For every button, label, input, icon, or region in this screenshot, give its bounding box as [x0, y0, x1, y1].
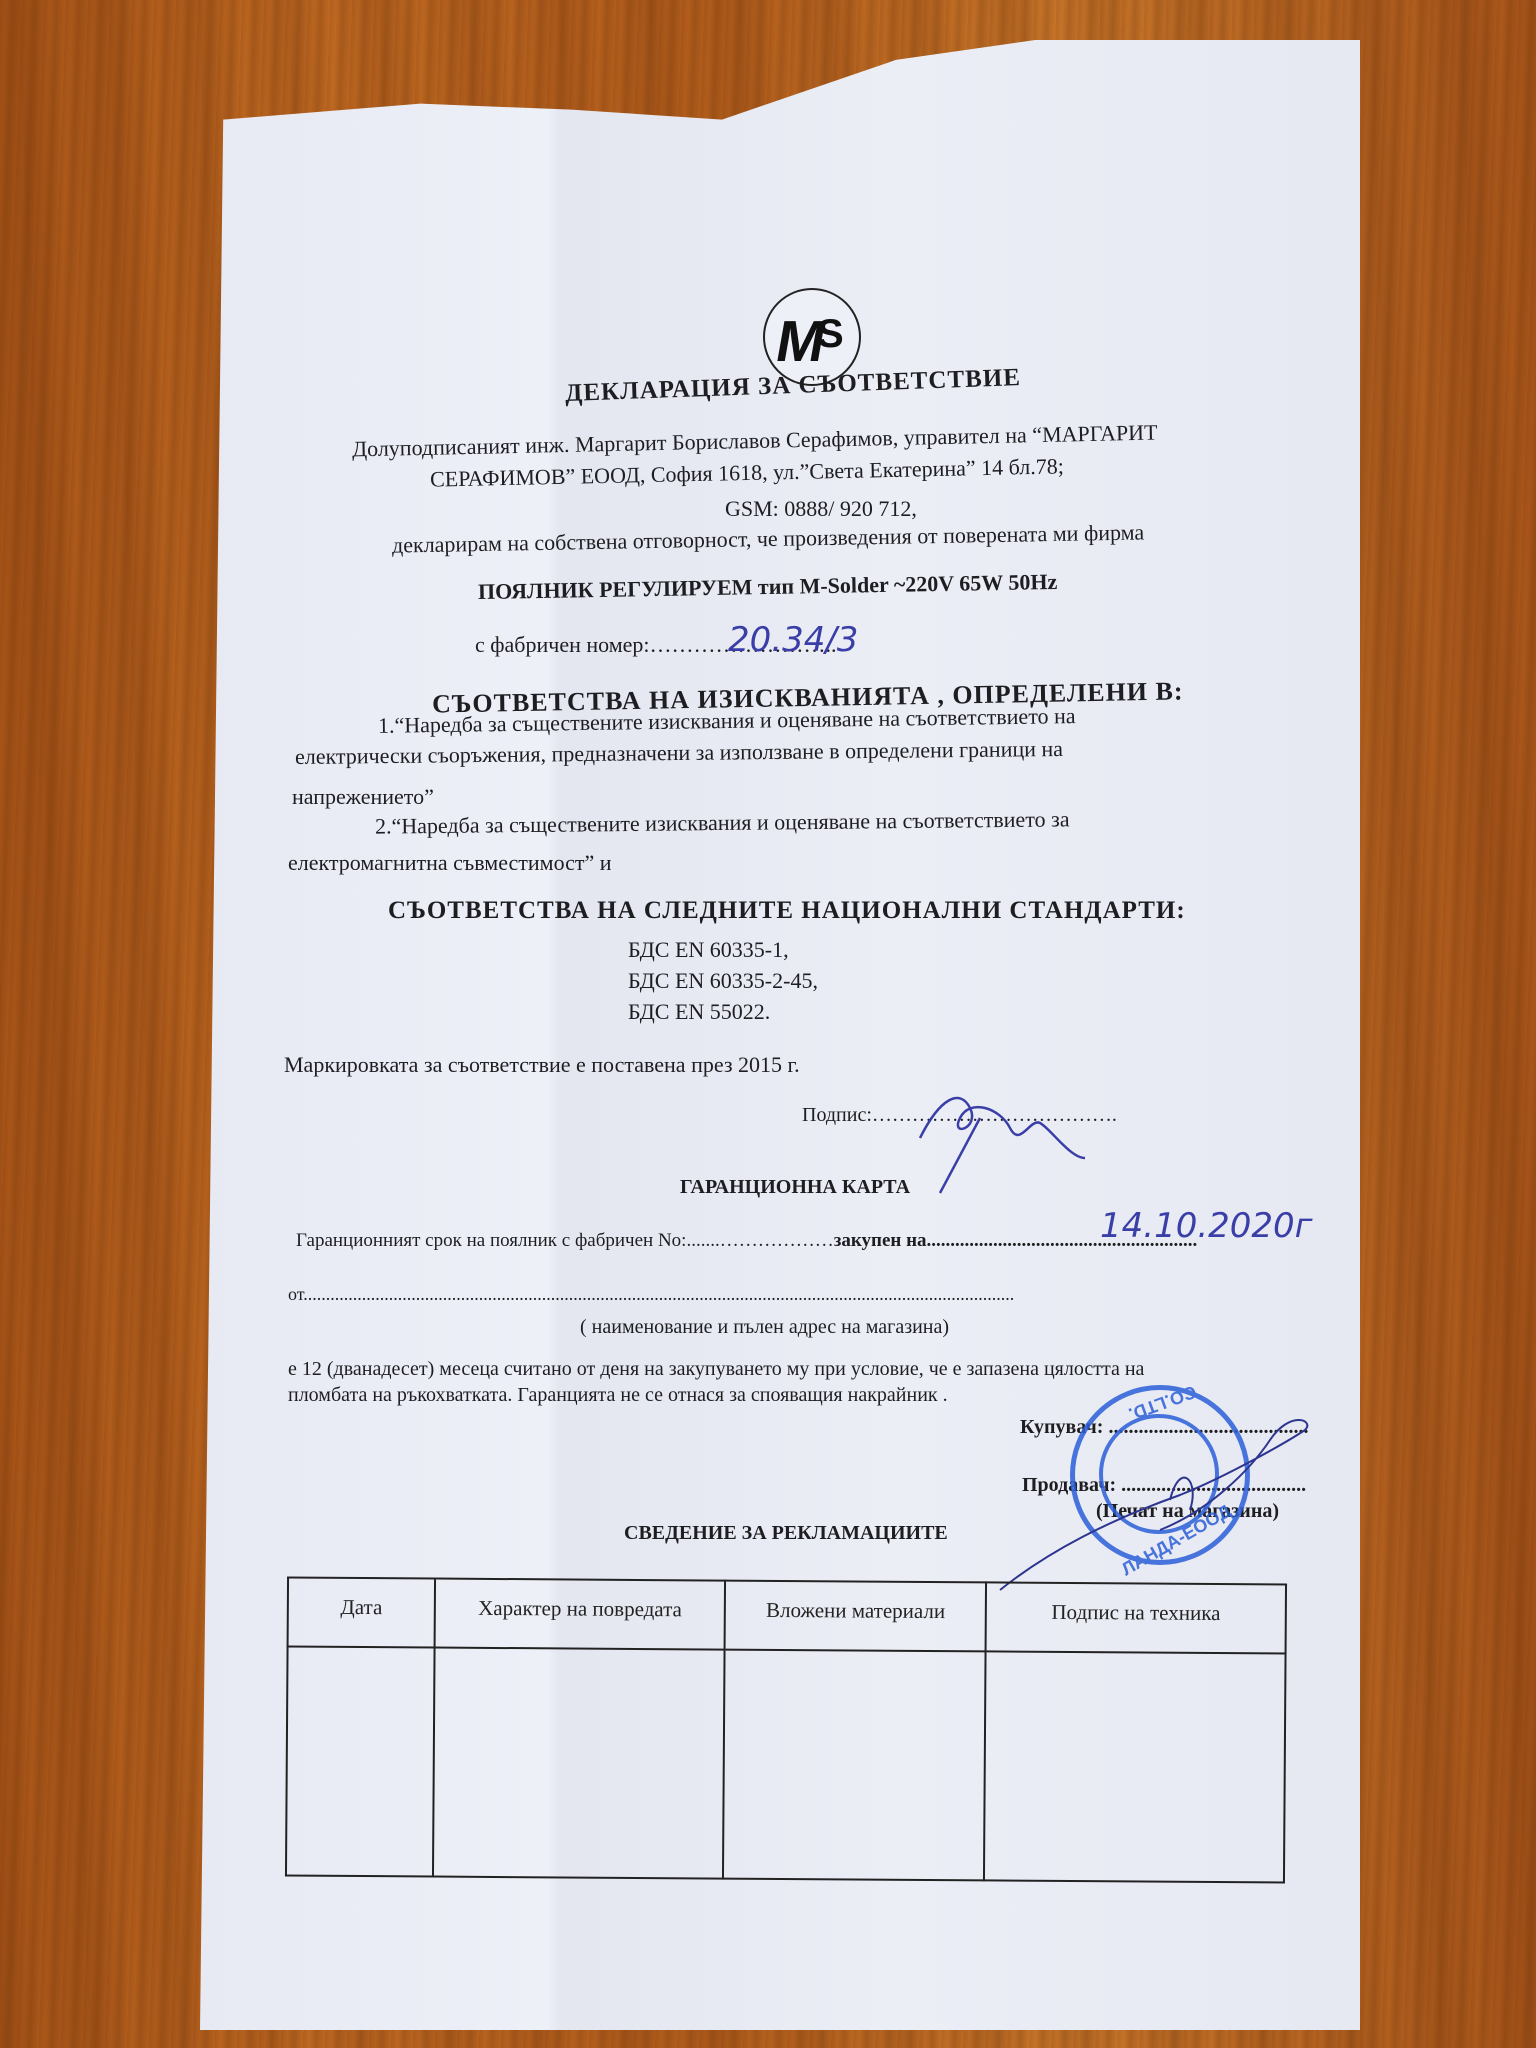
column-header-damage: Характер на повредата [435, 1579, 726, 1650]
column-header-date: Дата [288, 1578, 436, 1648]
manager-signature [900, 1078, 1100, 1198]
store-hint: ( наименование и пълен адрес на магазина… [580, 1316, 949, 1339]
warranty-title: ГАРАНЦИОННА КАРТА [680, 1176, 910, 1199]
warranty-terms-1: е 12 (дванадесет) месеца считано от деня… [288, 1358, 1144, 1381]
warranty-terms-2: пломбата на ръкохватката. Гаранцията не … [288, 1384, 948, 1407]
store-line: от......................................… [288, 1284, 1358, 1305]
standard-item: БДС EN 55022. [628, 999, 770, 1025]
warranty-line-1: Гаранционният срок на поялник с фабричен… [296, 1230, 1197, 1252]
declaration-gsm: GSM: 0888/ 920 712, [725, 496, 917, 522]
requirement-1-line-3: напрежението” [292, 784, 434, 810]
standard-item: БДС EN 60335-1, [628, 937, 789, 963]
cell-date [286, 1647, 435, 1877]
table-row [286, 1647, 1286, 1883]
column-header-technician-signature: Подпис на техника [986, 1582, 1286, 1653]
requirement-2-line-2: електромагнитна съвместимост” и [288, 850, 612, 876]
column-header-materials: Вложени материали [725, 1581, 986, 1652]
cell-damage [433, 1648, 725, 1879]
standards-heading: СЪОТВЕТСТВА НА СЛЕДНИТЕ НАЦИОНАЛНИ СТАНД… [388, 897, 1186, 925]
cell-materials [723, 1650, 985, 1881]
standard-item: БДС EN 60335-2-45, [628, 968, 818, 994]
warranty-serial-label: Гаранционният срок на поялник с фабричен… [296, 1230, 834, 1251]
logo-s: S [817, 312, 844, 357]
seller-signature [990, 1400, 1320, 1600]
complaints-title: СВЕДЕНИЕ ЗА РЕКЛАМАЦИИТЕ [624, 1522, 948, 1545]
serial-number-handwritten: 20.34/3 [728, 620, 858, 660]
purchase-date-handwritten: 14.10.2020г [1100, 1206, 1313, 1246]
complaints-table: Дата Характер на повредата Вложени матер… [285, 1577, 1287, 1884]
marking-statement: Маркировката за съответствие е поставена… [284, 1052, 800, 1078]
table-header-row: Дата Характер на повредата Вложени матер… [288, 1578, 1286, 1654]
cell-technician-signature [984, 1651, 1285, 1882]
